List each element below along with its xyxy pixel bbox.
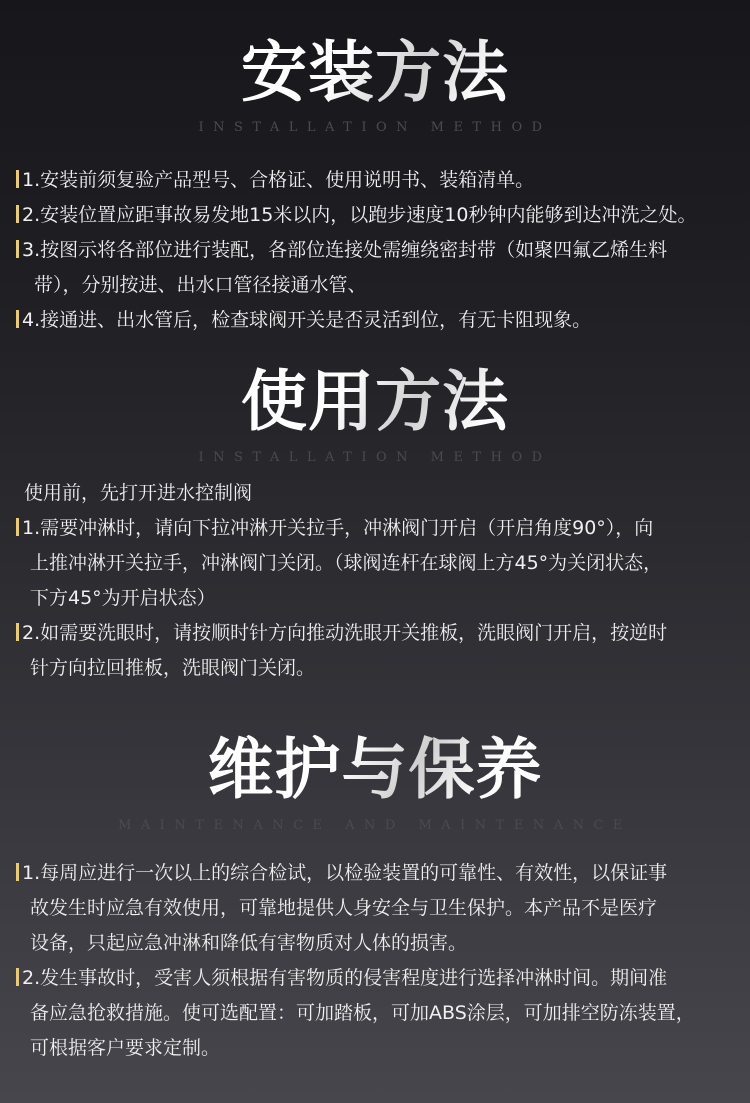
list-item-continuation: 备应急抢救措施。使可选配置：可加踏板，可加ABS涂层，可加排空防冻装置， xyxy=(16,996,746,1031)
list-item-continuation: 下方45°为开启状态） xyxy=(16,581,746,616)
list-item: 2.安装位置应距事故易发地15米以内，以跑步速度10秒钟内能够到达冲洗之处。 xyxy=(16,198,746,233)
list-item-continuation: 故发生时应急有效使用，可靠地提供人身安全与卫生保护。本产品不是医疗 xyxy=(16,891,746,926)
list-item-continuation: 带），分别按进、出水口管径接通水管、 xyxy=(16,268,746,303)
bullet-marker-icon xyxy=(16,968,19,986)
bullet-marker-icon xyxy=(16,623,19,641)
bullet-marker-icon xyxy=(16,518,19,536)
list-item: 4.接通进、出水管后，检查球阀开关是否灵活到位，有无卡阻现象。 xyxy=(16,303,746,338)
list-item-continuation: 可根据客户要求定制。 xyxy=(16,1031,746,1066)
list-item-continuation: 上推冲淋开关拉手，冲淋阀门关闭。（球阀连杆在球阀上方45°为关闭状态， xyxy=(16,546,746,581)
bullet-marker-icon xyxy=(16,205,19,223)
usage-intro: 使用前，先打开进水控制阀 xyxy=(16,476,746,511)
usage-steps: 使用前，先打开进水控制阀 1.需要冲淋时，请向下拉冲淋开关拉手，冲淋阀门开启（开… xyxy=(16,476,746,686)
section-subtitle-installation: INSTALLATION METHOD xyxy=(0,120,750,135)
list-item: 2.如需要洗眼时，请按顺时针方向推动洗眼开关推板，洗眼阀门开启，按逆时 xyxy=(16,616,746,651)
list-item: 1.安装前须复验产品型号、合格证、使用说明书、装箱清单。 xyxy=(16,163,746,198)
bullet-marker-icon xyxy=(16,863,19,881)
section-subtitle-maintenance: MAINTENANCE AND MAINTENANCE xyxy=(0,818,750,833)
list-item: 1.每周应进行一次以上的综合检试，以检验装置的可靠性、有效性，以保证事 xyxy=(16,856,746,891)
list-item: 2.发生事故时，受害人须根据有害物质的侵害程度进行选择冲淋时间。期间准 xyxy=(16,961,746,996)
list-item-continuation: 针方向拉回推板，洗眼阀门关闭。 xyxy=(16,651,746,686)
section-subtitle-usage: INSTALLATION METHOD xyxy=(0,450,750,465)
installation-steps: 1.安装前须复验产品型号、合格证、使用说明书、装箱清单。 2.安装位置应距事故易… xyxy=(16,163,746,338)
list-item-continuation: 设备，只起应急冲淋和降低有害物质对人体的损害。 xyxy=(16,926,746,961)
bullet-marker-icon xyxy=(16,240,19,258)
list-item: 3.按图示将各部位进行装配，各部位连接处需缠绕密封带（如聚四氟乙烯生料 xyxy=(16,233,746,268)
bullet-marker-icon xyxy=(16,170,19,188)
maintenance-steps: 1.每周应进行一次以上的综合检试，以检验装置的可靠性、有效性，以保证事 故发生时… xyxy=(16,856,746,1066)
section-title-installation: 安装方法 xyxy=(0,33,750,113)
bullet-marker-icon xyxy=(16,310,19,328)
list-item: 1.需要冲淋时，请向下拉冲淋开关拉手，冲淋阀门开启（开启角度90°），向 xyxy=(16,511,746,546)
section-title-usage: 使用方法 xyxy=(0,362,750,442)
section-title-maintenance: 维护与保养 xyxy=(0,730,750,810)
